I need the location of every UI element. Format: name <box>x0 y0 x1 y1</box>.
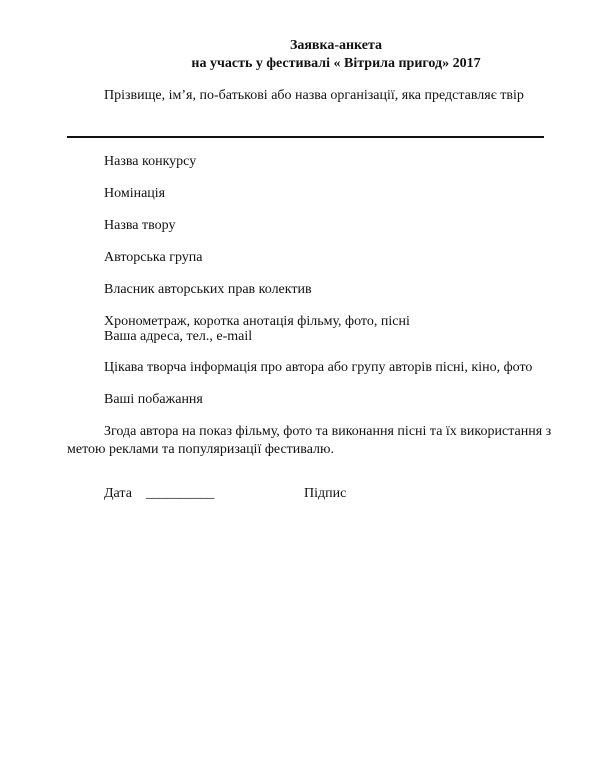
field-work-title: Назва твору <box>104 218 175 234</box>
field-nomination: Номінація <box>104 186 165 202</box>
field-contact-info: Ваша адреса, тел., e-mail <box>104 329 252 345</box>
applicant-name-label: Прізвище, ім’я, по-батькові або назва ор… <box>104 88 524 104</box>
form-subtitle-festival: на участь у фестивалі « Вітрила пригод» … <box>0 56 600 72</box>
date-label: Дата <box>104 486 132 502</box>
field-wishes: Ваші побажання <box>104 392 203 408</box>
field-author-info: Цікава творча інформація про автора або … <box>104 360 532 376</box>
field-contest-name: Назва конкурсу <box>104 154 196 170</box>
date-blank-line: __________ <box>146 486 214 502</box>
field-duration-annotation: Хронометраж, коротка анотація фільму, фо… <box>104 314 410 330</box>
consent-paragraph: Згода автора на показ фільму, фото та ви… <box>67 423 557 459</box>
field-copyright-owner: Власник авторських прав колектив <box>104 282 312 298</box>
signature-label: Підпис <box>304 486 346 502</box>
field-author-group: Авторська група <box>104 250 202 266</box>
form-title: Заявка-анкета <box>0 38 600 54</box>
applicant-name-line <box>67 136 544 138</box>
